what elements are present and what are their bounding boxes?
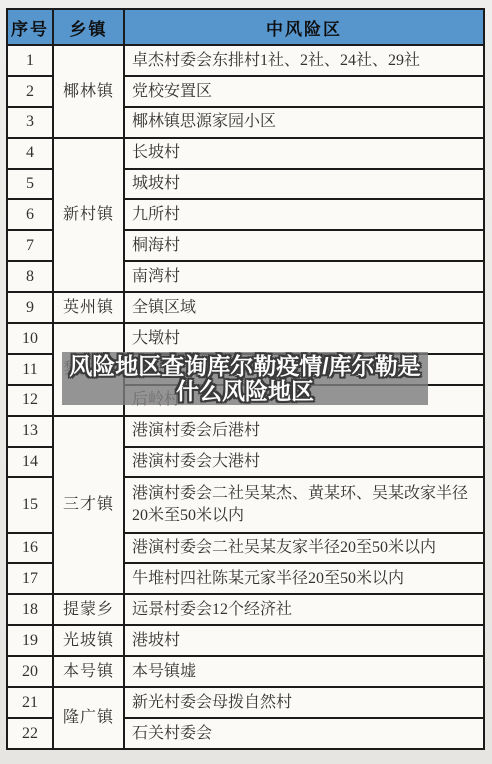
township-cell: 新村镇: [53, 138, 124, 292]
table-row: 19 光坡镇 港坡村: [7, 625, 484, 656]
risk-area-cell: 长坡村: [124, 138, 484, 169]
row-number-cell: 21: [7, 687, 53, 718]
table-row: 10 黎安镇 大墩村: [7, 323, 484, 354]
township-cell: 英州镇: [53, 292, 124, 323]
risk-area-cell: 港演村委会后港村: [124, 416, 484, 447]
row-number-cell: 2: [7, 76, 53, 107]
row-number-cell: 4: [7, 138, 53, 169]
row-number-cell: 12: [7, 385, 53, 416]
row-number-cell: 8: [7, 261, 53, 292]
risk-area-cell: 港演村委会二社吴某杰、黄某环、吴某改家半径20米至50米以内: [124, 477, 484, 532]
table-row: 21 隆广镇 新光村委会母拨自然村: [7, 687, 484, 718]
risk-area-cell: 桐海村: [124, 230, 484, 261]
township-cell: 三才镇: [53, 416, 124, 595]
row-number-cell: 9: [7, 292, 53, 323]
risk-area-cell: 党校安置区: [124, 76, 484, 107]
township-cell: 提蒙乡: [53, 594, 124, 625]
township-cell: 隆广镇: [53, 687, 124, 749]
row-number-cell: 10: [7, 323, 53, 354]
table-row: 1 椰林镇 卓杰村委会东排村1社、2社、24社、29社: [7, 45, 484, 76]
watermark-overlay: 风险地区查询库尔勒疫情/库尔勒是 什么风险地区: [62, 352, 428, 405]
risk-area-cell: 牛堆村四社陈某元家半径20至50米以内: [124, 563, 484, 594]
risk-area-cell: 卓杰村委会东排村1社、2社、24社、29社: [124, 45, 484, 76]
row-number-cell: 7: [7, 230, 53, 261]
table-row: 4 新村镇 长坡村: [7, 138, 484, 169]
risk-area-cell: 港演村委会大港村: [124, 447, 484, 478]
row-number-cell: 5: [7, 169, 53, 200]
table-row: 9 英州镇 全镇区域: [7, 292, 484, 323]
risk-area-cell: 远景村委会12个经济社: [124, 594, 484, 625]
table-row: 20 本号镇 本号镇墟: [7, 656, 484, 687]
row-number-cell: 20: [7, 656, 53, 687]
risk-area-cell: 九所村: [124, 199, 484, 230]
risk-area-cell: 南湾村: [124, 261, 484, 292]
row-number-cell: 15: [7, 477, 53, 532]
row-number-cell: 11: [7, 354, 53, 385]
header-cell-township: 乡镇: [53, 9, 124, 45]
row-number-cell: 1: [7, 45, 53, 76]
watermark-line2: 什么风险地区: [176, 379, 314, 404]
watermark-line1: 风险地区查询库尔勒疫情/库尔勒是: [69, 354, 420, 379]
township-cell: 椰林镇: [53, 45, 124, 138]
risk-area-cell: 石关村委会: [124, 718, 484, 749]
risk-area-cell: 新光村委会母拨自然村: [124, 687, 484, 718]
risk-area-cell: 全镇区域: [124, 292, 484, 323]
row-number-cell: 18: [7, 594, 53, 625]
row-number-cell: 6: [7, 199, 53, 230]
township-cell: 本号镇: [53, 656, 124, 687]
township-cell: 光坡镇: [53, 625, 124, 656]
risk-area-cell: 港演村委会二社吴某友家半径20至50米以内: [124, 533, 484, 564]
risk-area-cell: 本号镇墟: [124, 656, 484, 687]
row-number-cell: 17: [7, 563, 53, 594]
row-number-cell: 3: [7, 107, 53, 138]
row-number-cell: 19: [7, 625, 53, 656]
row-number-cell: 13: [7, 416, 53, 447]
risk-area-cell: 大墩村: [124, 323, 484, 354]
table-row: 13 三才镇 港演村委会后港村: [7, 416, 484, 447]
table-row: 18 提蒙乡 远景村委会12个经济社: [7, 594, 484, 625]
risk-area-cell: 城坡村: [124, 169, 484, 200]
row-number-cell: 16: [7, 533, 53, 564]
header-cell-no: 序号: [7, 9, 53, 45]
page: { "header": { "col_no": "序号", "col_towns…: [0, 0, 492, 764]
row-number-cell: 14: [7, 447, 53, 478]
risk-area-cell: 椰林镇思源家园小区: [124, 107, 484, 138]
table-header-row: 序号 乡镇 中风险区: [7, 9, 484, 45]
header-cell-risk: 中风险区: [124, 9, 484, 45]
risk-area-cell: 港坡村: [124, 625, 484, 656]
row-number-cell: 22: [7, 718, 53, 749]
